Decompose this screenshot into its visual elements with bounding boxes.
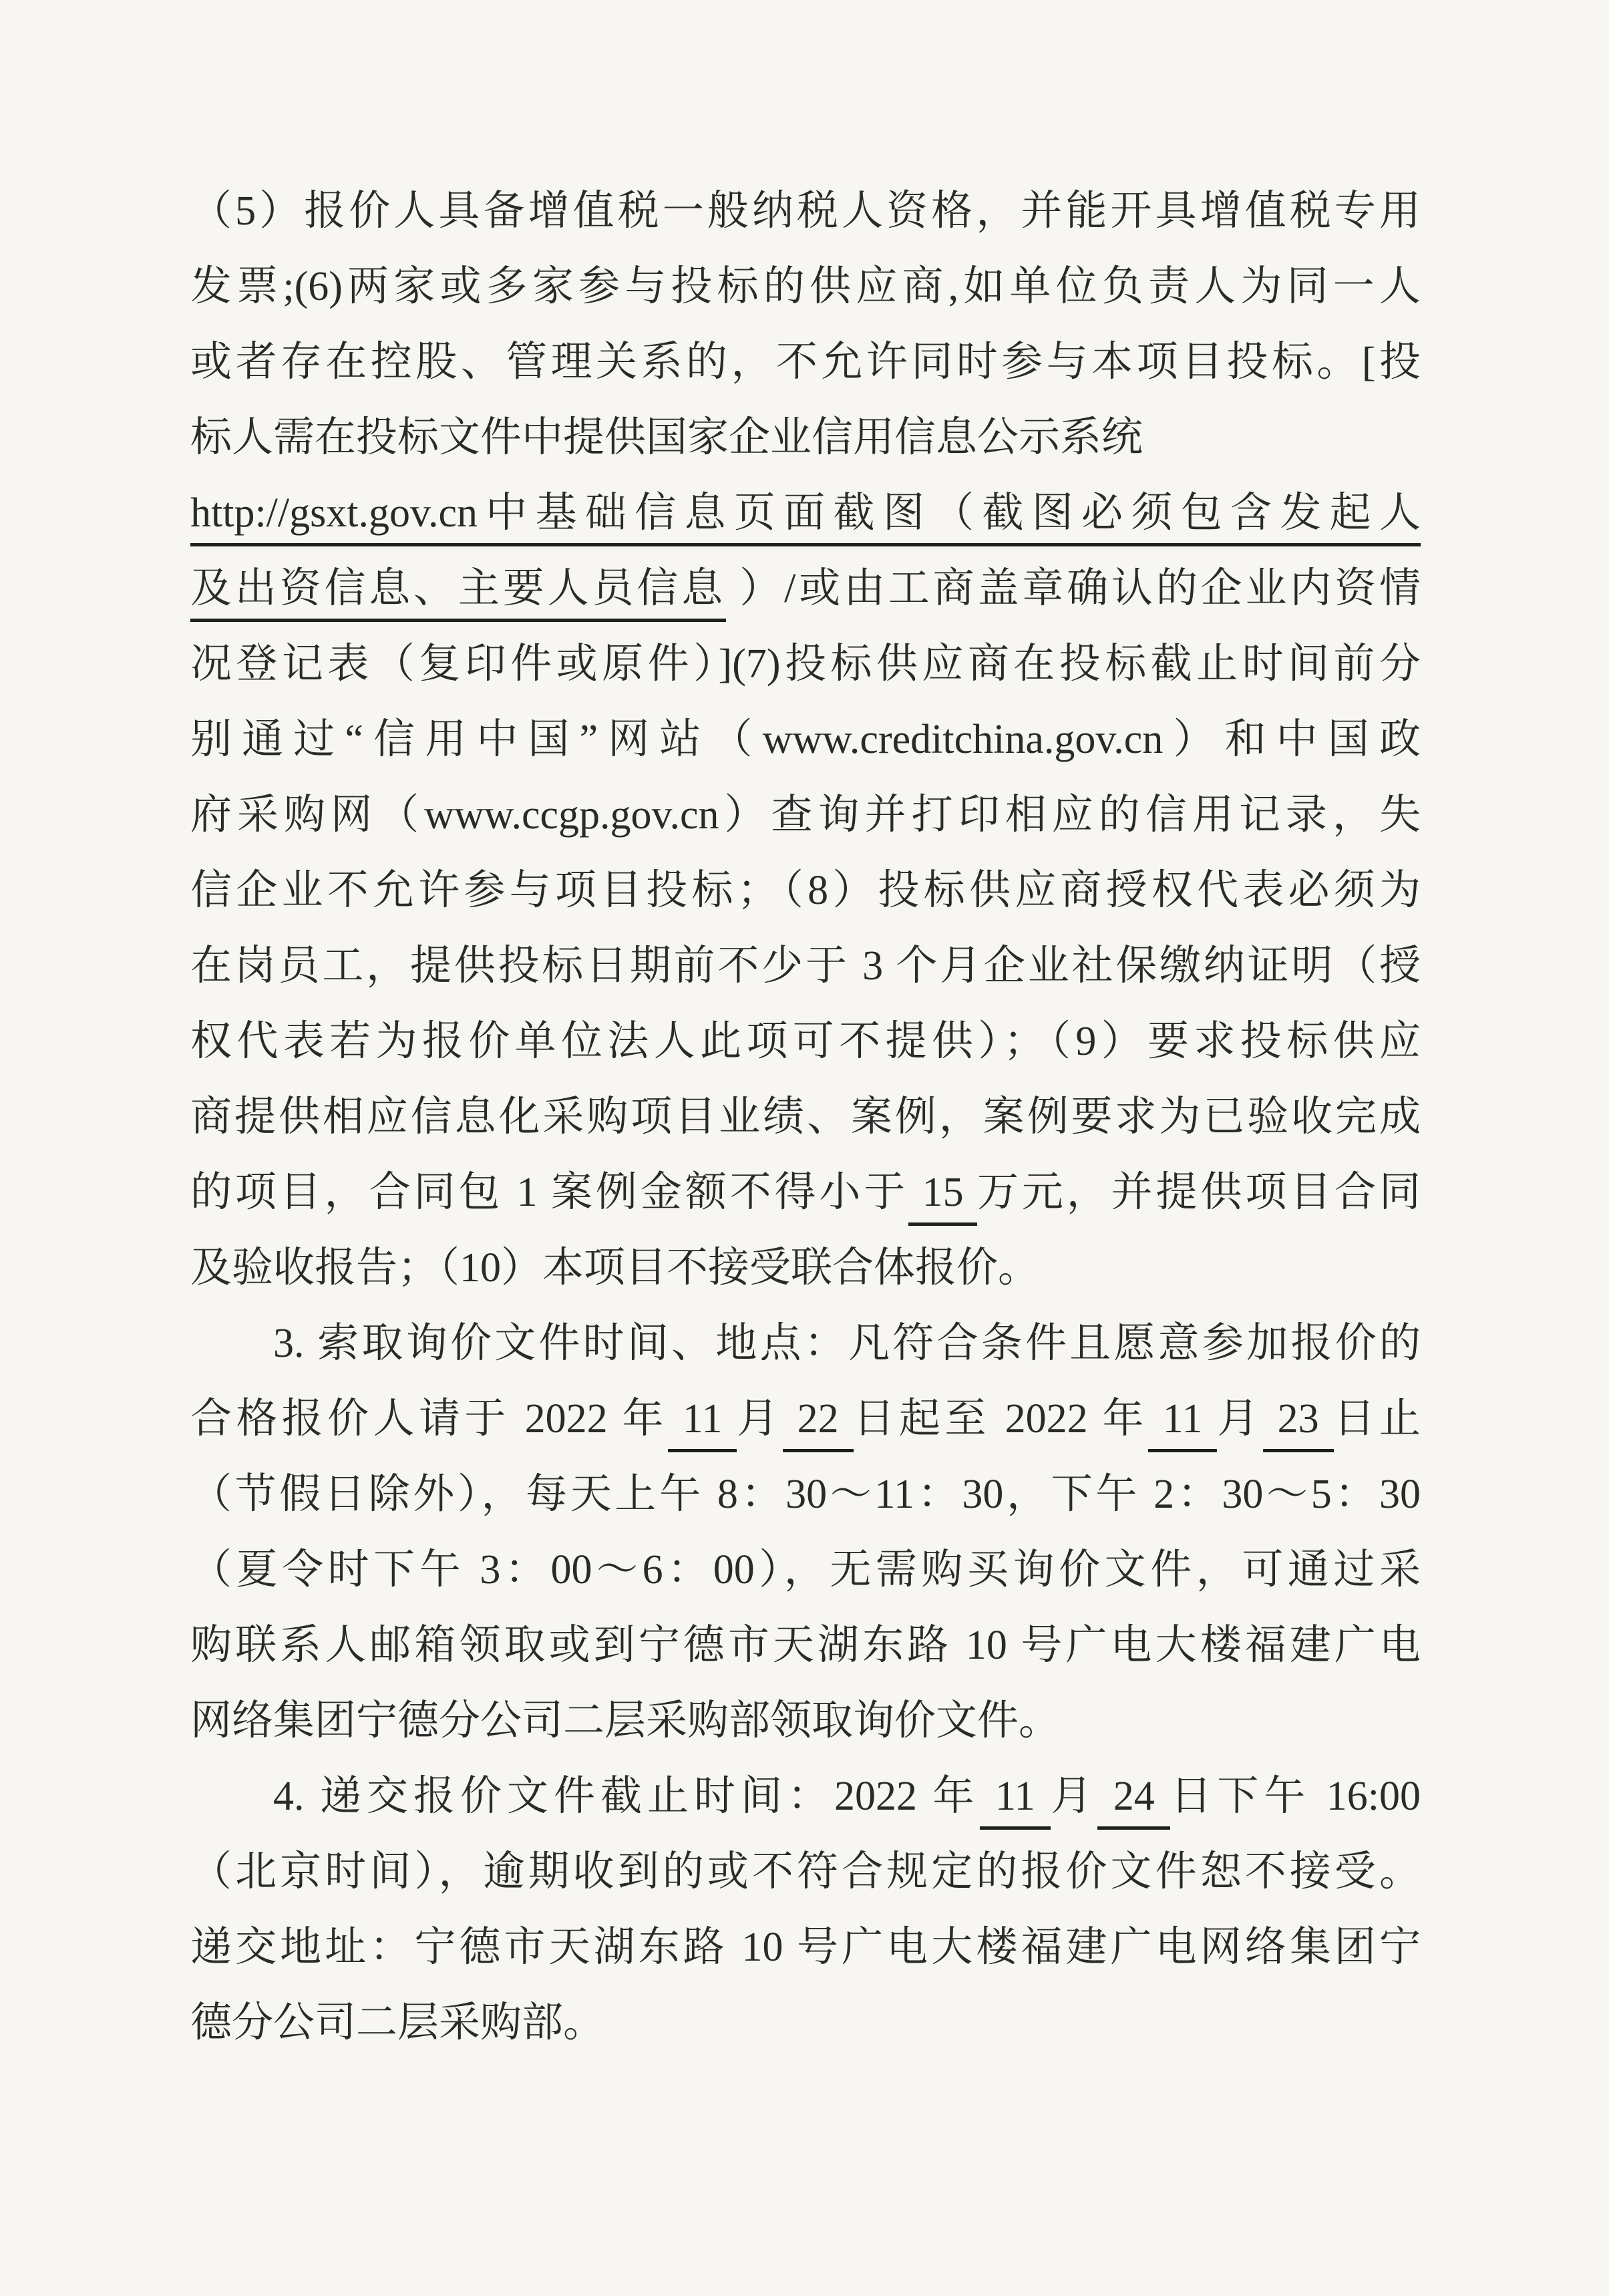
text-segment: 及验收报告；（10）本项目不接受联合体报价。	[190, 1245, 1039, 1291]
text-line: 购联系人邮箱领取或到宁德市天湖东路 10 号广电大楼福建广电	[190, 1608, 1421, 1683]
text-segment: 或者存在控股、管理关系的，不允许同时参与本项目投标。[投	[190, 339, 1421, 385]
underlined-amount-value: 15	[908, 1170, 977, 1226]
underlined-date-value: 22	[783, 1396, 854, 1452]
text-line: 发票;(6)两家或多家参与投标的供应商,如单位负责人为同一人	[190, 249, 1421, 325]
text-segment: 购联系人邮箱领取或到宁德市天湖东路 10 号广电大楼福建广电	[190, 1623, 1421, 1668]
text-line: http://gsxt.gov.cn中基础信息页面截图（截图必须包含发起人	[190, 476, 1421, 551]
text-line: 别通过“信用中国”网站（www.creditchina.gov.cn）和中国政	[190, 702, 1421, 778]
text-line: （5）报价人具备增值税一般纳税人资格，并能开具增值税专用	[190, 174, 1421, 249]
text-segment: 信企业不允许参与项目投标；（8）投标供应商授权代表必须为	[190, 868, 1421, 913]
text-segment: 万元，并提供项目合同	[977, 1170, 1421, 1215]
underlined-url-text: http://gsxt.gov.cn中基础信息页面截图（截图必须包含发起人	[190, 490, 1421, 546]
text-segment: （北京时间），逾期收到的或不符合规定的报价文件恕不接受。	[190, 1849, 1421, 1895]
text-segment: 标人需在投标文件中提供国家企业信用信息公示系统	[190, 415, 1143, 460]
text-line: 递交地址：宁德市天湖东路 10 号广电大楼福建广电网络集团宁	[190, 1910, 1421, 1985]
text-line: 的项目，合同包 1 案例金额不得小于 15 万元，并提供项目合同	[190, 1155, 1421, 1231]
text-line: 网络集团宁德分公司二层采购部领取询价文件。	[190, 1683, 1421, 1759]
text-segment: 月	[737, 1396, 782, 1442]
text-segment: 合格报价人请于 2022 年	[190, 1396, 668, 1442]
document-text: （5）报价人具备增值税一般纳税人资格，并能开具增值税专用 发票;(6)两家或多家…	[190, 174, 1421, 2061]
underlined-date-value: 24	[1097, 1774, 1170, 1830]
text-line: （北京时间），逾期收到的或不符合规定的报价文件恕不接受。	[190, 1834, 1421, 1910]
underlined-date-value: 11	[1148, 1396, 1217, 1452]
text-line: 4. 递交报价文件截止时间：2022 年 11 月 24 日下午 16:00	[190, 1759, 1421, 1834]
text-line: 合格报价人请于 2022 年 11 月 22 日起至 2022 年 11 月 2…	[190, 1381, 1421, 1457]
text-line: （节假日除外），每天上午 8：30～11：30，下午 2：30～5：30	[190, 1457, 1421, 1532]
paragraph: 3. 索取询价文件时间、地点：凡符合条件且愿意参加报价的 合格报价人请于 202…	[190, 1306, 1421, 1759]
text-segment: （5）报价人具备增值税一般纳税人资格，并能开具增值税专用	[190, 188, 1421, 234]
text-line: 及验收报告；（10）本项目不接受联合体报价。	[190, 1231, 1421, 1306]
text-line: 德分公司二层采购部。	[190, 1985, 1421, 2061]
text-line: 在岗员工，提供投标日期前不少于 3 个月企业社保缴纳证明（授	[190, 929, 1421, 1004]
text-line: 或者存在控股、管理关系的，不允许同时参与本项目投标。[投	[190, 325, 1421, 400]
text-segment: 月	[1051, 1774, 1097, 1819]
text-segment: 3. 索取询价文件时间、地点：凡符合条件且愿意参加报价的	[273, 1321, 1421, 1366]
underlined-date-value: 11	[980, 1774, 1051, 1830]
text-segment: 商提供相应信息化采购项目业绩、案例，案例要求为已验收完成	[190, 1094, 1421, 1140]
text-segment: 4. 递交报价文件截止时间：2022 年	[273, 1774, 980, 1819]
paragraph: （5）报价人具备增值税一般纳税人资格，并能开具增值税专用 发票;(6)两家或多家…	[190, 174, 1421, 1306]
text-segment: 日下午 16:00	[1170, 1774, 1421, 1819]
text-segment: 网络集团宁德分公司二层采购部领取询价文件。	[190, 1698, 1060, 1744]
text-line: 权代表若为报价单位法人此项可不提供）；（9）要求投标供应	[190, 1004, 1421, 1080]
paragraph: 4. 递交报价文件截止时间：2022 年 11 月 24 日下午 16:00 （…	[190, 1759, 1421, 2061]
text-segment: 府采购网（www.ccgp.gov.cn）查询并打印相应的信用记录，失	[190, 792, 1421, 838]
text-segment: 发票;(6)两家或多家参与投标的供应商,如单位负责人为同一人	[190, 264, 1421, 309]
text-line: 商提供相应信息化采购项目业绩、案例，案例要求为已验收完成	[190, 1080, 1421, 1155]
text-line: 3. 索取询价文件时间、地点：凡符合条件且愿意参加报价的	[190, 1306, 1421, 1381]
text-segment: 日起至 2022 年	[854, 1396, 1148, 1442]
text-segment: （节假日除外），每天上午 8：30～11：30，下午 2：30～5：30	[190, 1472, 1421, 1517]
text-segment: 德分公司二层采购部。	[190, 2000, 604, 2045]
text-line: 信企业不允许参与项目投标；（8）投标供应商授权代表必须为	[190, 853, 1421, 929]
text-segment: （夏令时下午 3：00～6：00），无需购买询价文件，可通过采	[190, 1547, 1421, 1593]
text-segment: 递交地址：宁德市天湖东路 10 号广电大楼福建广电网络集团宁	[190, 1925, 1421, 1970]
text-line: 府采购网（www.ccgp.gov.cn）查询并打印相应的信用记录，失	[190, 778, 1421, 853]
text-line: 况登记表（复印件或原件）](7)投标供应商在投标截止时间前分	[190, 627, 1421, 702]
text-segment: 别通过“信用中国”网站（www.creditchina.gov.cn）和中国政	[190, 717, 1421, 762]
text-segment: 权代表若为报价单位法人此项可不提供）；（9）要求投标供应	[190, 1019, 1421, 1064]
text-segment: 月	[1217, 1396, 1262, 1442]
text-segment: 在岗员工，提供投标日期前不少于 3 个月企业社保缴纳证明（授	[190, 943, 1421, 989]
underlined-date-value: 23	[1263, 1396, 1334, 1452]
text-line: 标人需在投标文件中提供国家企业信用信息公示系统	[190, 400, 1421, 476]
text-line: 及出资信息、主要人员信息 ）/或由工商盖章确认的企业内资情	[190, 551, 1421, 627]
scanned-document-page: （5）报价人具备增值税一般纳税人资格，并能开具增值税专用 发票;(6)两家或多家…	[0, 0, 1609, 2296]
text-segment: 况登记表（复印件或原件）](7)投标供应商在投标截止时间前分	[190, 641, 1421, 687]
text-segment: 的项目，合同包 1 案例金额不得小于	[190, 1170, 908, 1215]
text-line: （夏令时下午 3：00～6：00），无需购买询价文件，可通过采	[190, 1532, 1421, 1608]
underlined-text-segment: 及出资信息、主要人员信息	[190, 566, 726, 622]
underlined-date-value: 11	[668, 1396, 737, 1452]
text-segment: ）/或由工商盖章确认的企业内资情	[726, 566, 1421, 611]
text-segment: 日止	[1334, 1396, 1421, 1442]
